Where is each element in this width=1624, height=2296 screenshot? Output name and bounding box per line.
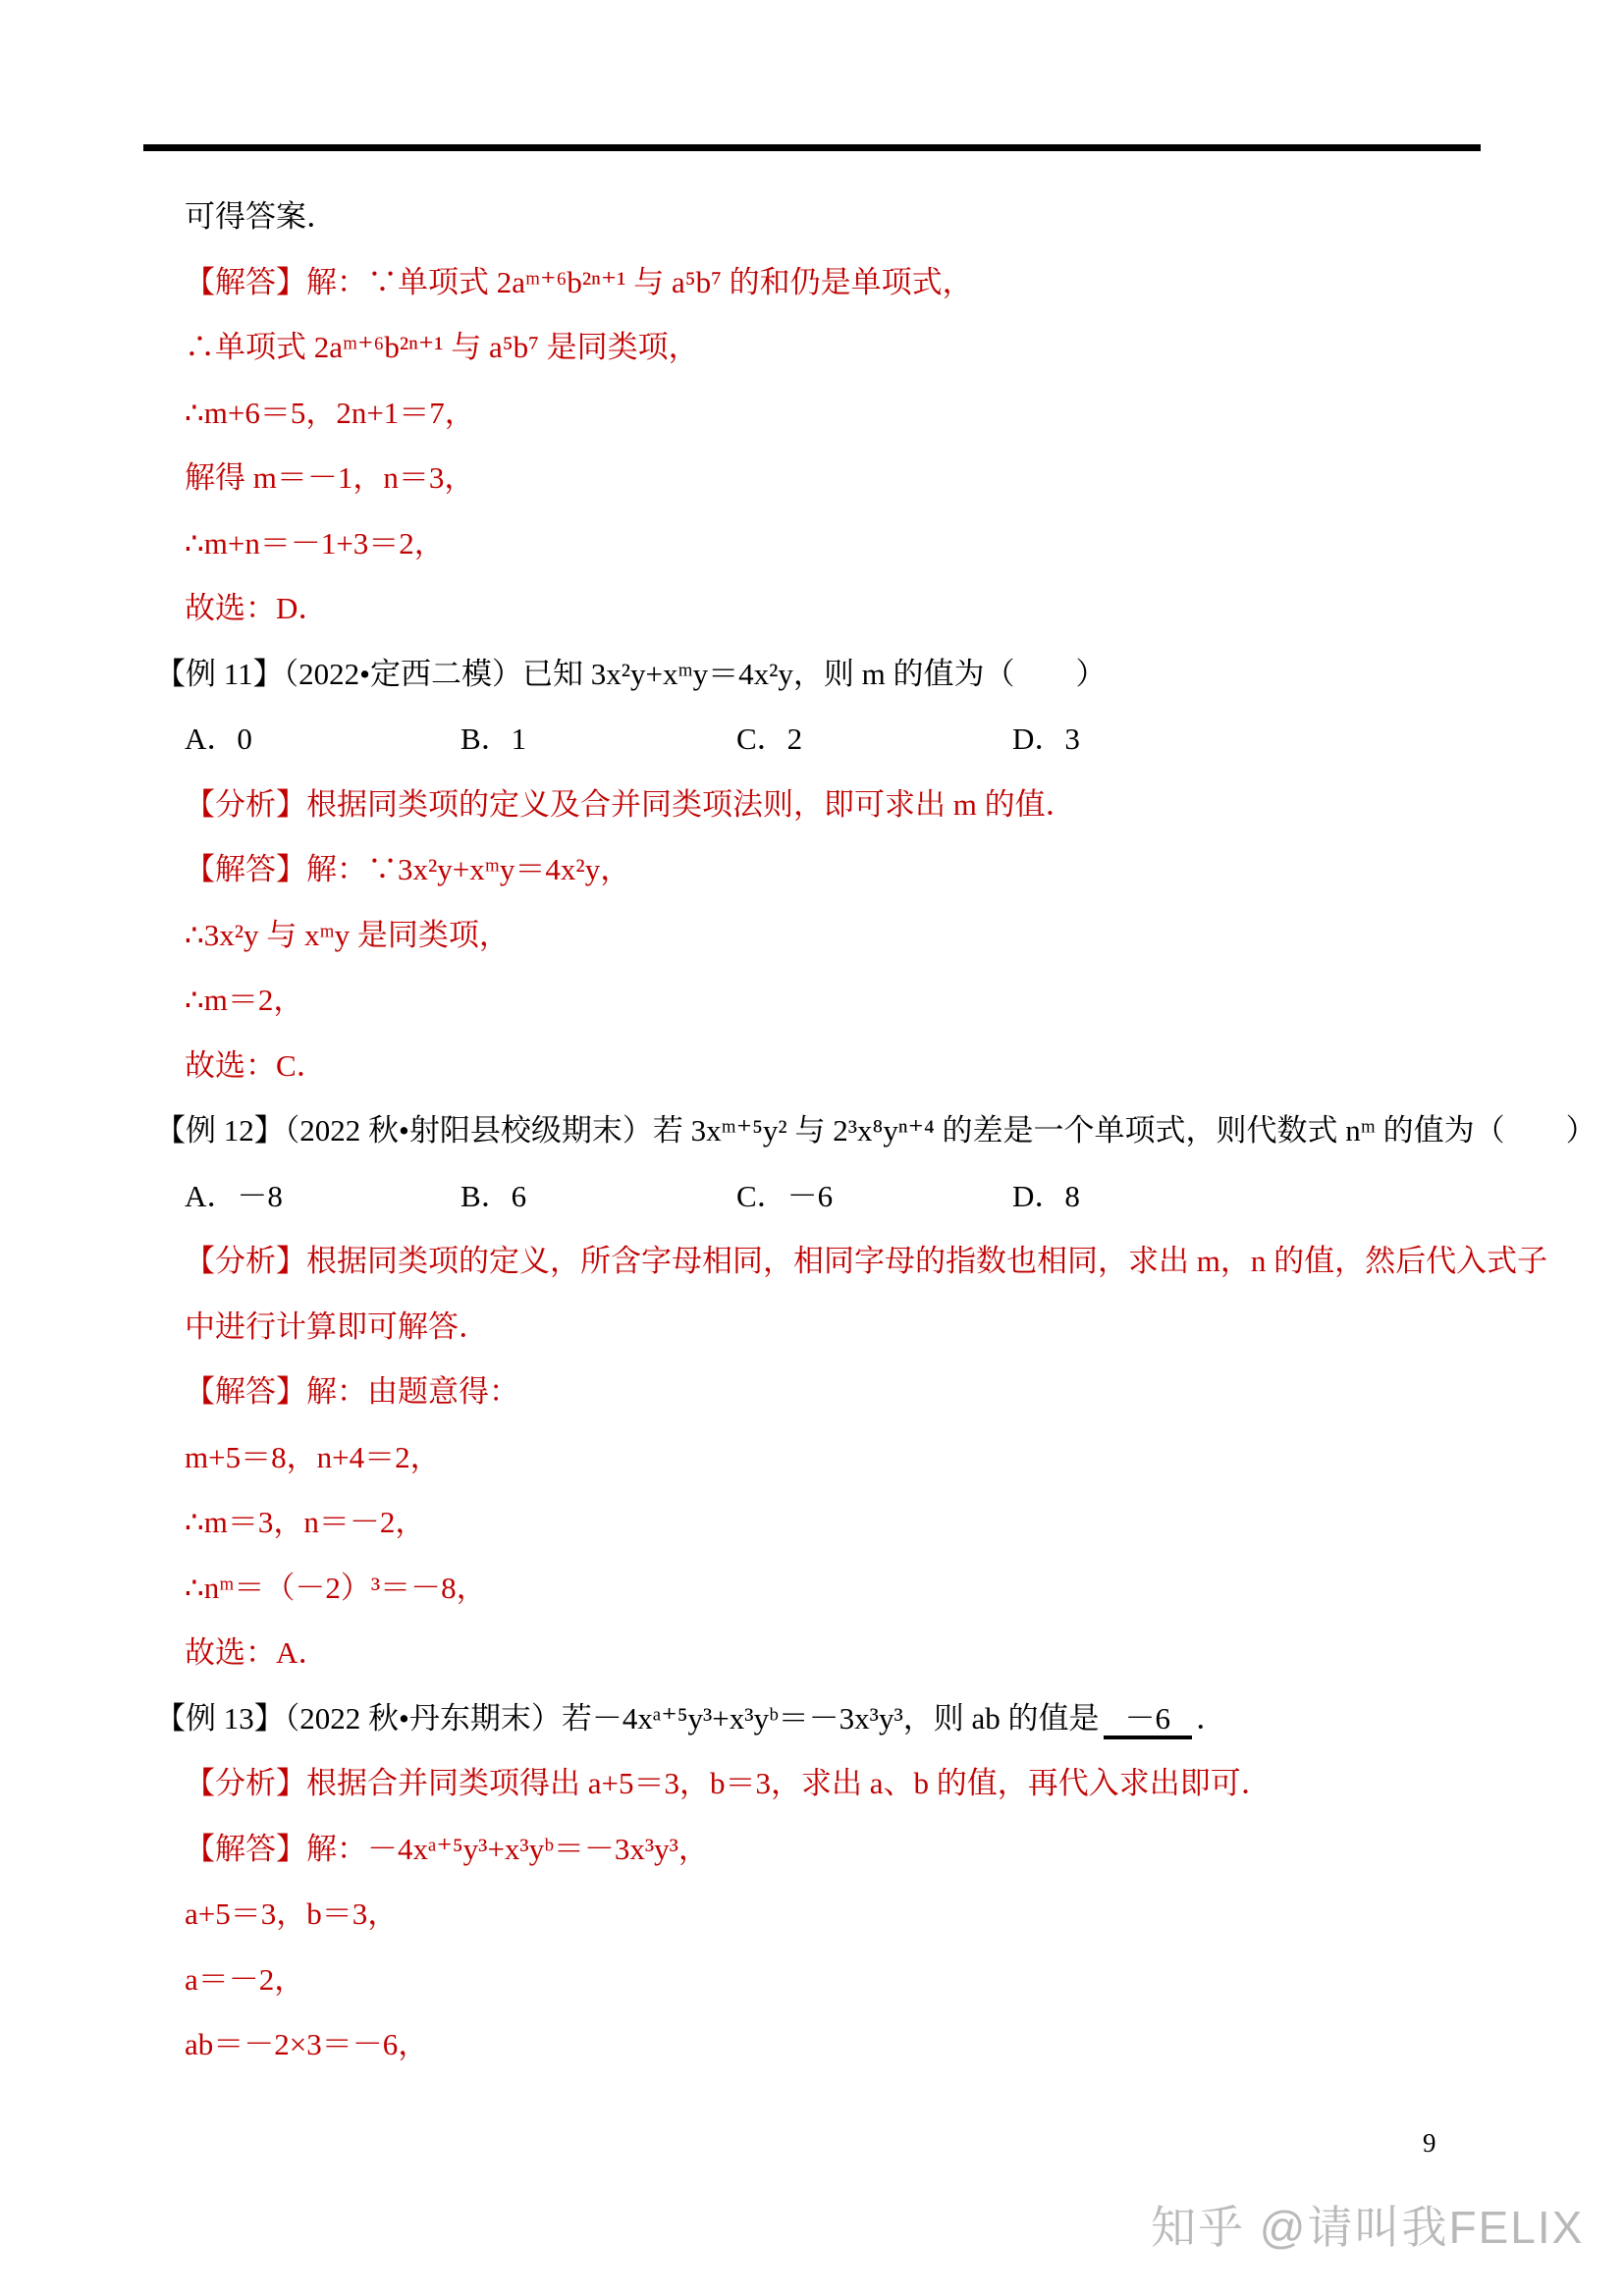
document-page: 可得答案． 【解答】解：∵单项式 2aᵐ⁺⁶b²ⁿ⁺¹ 与 a⁵b⁷ 的和仍是单… [0,0,1624,2296]
text-line: 可得答案． [0,185,1624,250]
options-row: A．0 B．1 C．2 D．3 [0,707,1624,773]
solution-line: a+5＝3，b＝3， [0,1882,1624,1948]
answer-choice-line: 故选：C． [0,1034,1624,1099]
solution-line: a＝－2， [0,1948,1624,2013]
example-12-header: 【例 12】（2022 秋•射阳县校级期末）若 3xᵐ⁺⁵y² 与 2³x⁸yⁿ… [0,1098,1624,1164]
solution-line: ∴m＝3，n＝－2， [0,1490,1624,1556]
solution-line: ab＝－2×3＝－6， [0,2012,1624,2078]
watermark: 知乎 @请叫我FELIX [1151,2199,1584,2256]
solution-line: ∴m+6＝5，2n+1＝7， [0,381,1624,447]
options-row: A．－8 B．6 C．－6 D．8 [0,1164,1624,1230]
example-13-question: 【例 13】（2022 秋•丹东期末）若－4xᵃ⁺⁵y³+x³yᵇ＝－3x³y³… [155,1701,1100,1735]
solution-line: 【解答】解：－4xᵃ⁺⁵y³+x³yᵇ＝－3x³y³， [0,1817,1624,1883]
analysis-line-continued: 中进行计算即可解答． [0,1295,1624,1361]
page-number: 9 [1423,2123,1436,2163]
example-13-header: 【例 13】（2022 秋•丹东期末）若－4xᵃ⁺⁵y³+x³yᵇ＝－3x³y³… [0,1686,1624,1752]
option-b: B．1 [460,707,736,773]
solution-line: ∴m+n＝－1+3＝2， [0,511,1624,577]
answer-blank: －6 [1104,1701,1193,1739]
analysis-line: 【分析】根据同类项的定义及合并同类项法则，即可求出 m 的值． [0,773,1624,838]
option-d: D．8 [1012,1164,1288,1230]
answer-choice-line: 故选：A． [0,1621,1624,1686]
document-body: 可得答案． 【解答】解：∵单项式 2aᵐ⁺⁶b²ⁿ⁺¹ 与 a⁵b⁷ 的和仍是单… [0,185,1624,2078]
solution-line: m+5＝8，n+4＝2， [0,1425,1624,1491]
example-11-header: 【例 11】（2022•定西二模）已知 3x²y+xᵐy＝4x²y，则 m 的值… [0,642,1624,708]
solution-line: 【解答】解：∵3x²y+xᵐy＝4x²y， [0,837,1624,903]
option-d: D．3 [1012,707,1288,773]
example-13-period: ． [1196,1701,1226,1735]
solution-line: 解得 m＝－1，n＝3， [0,446,1624,511]
option-b: B．6 [460,1164,736,1230]
option-c: C．2 [736,707,1012,773]
solution-line: ∴单项式 2aᵐ⁺⁶b²ⁿ⁺¹ 与 a⁵b⁷ 是同类项， [0,315,1624,381]
header-rule [143,144,1481,151]
answer-choice-line: 故选：D． [0,576,1624,642]
option-c: C．－6 [736,1164,1012,1230]
solution-line: ∴m＝2， [0,968,1624,1034]
solution-line: 【解答】解：∵单项式 2aᵐ⁺⁶b²ⁿ⁺¹ 与 a⁵b⁷ 的和仍是单项式， [0,250,1624,316]
solution-line: ∴3x²y 与 xᵐy 是同类项， [0,903,1624,969]
solution-line: 【解答】解：由题意得： [0,1360,1624,1425]
analysis-line: 【分析】根据同类项的定义，所含字母相同，相同字母的指数也相同，求出 m，n 的值… [0,1229,1624,1295]
option-a: A．0 [185,707,460,773]
analysis-line: 【分析】根据合并同类项得出 a+5＝3，b＝3，求出 a、b 的值，再代入求出即… [0,1751,1624,1817]
option-a: A．－8 [185,1164,460,1230]
solution-line: ∴nᵐ＝（－2）³＝－8， [0,1556,1624,1622]
